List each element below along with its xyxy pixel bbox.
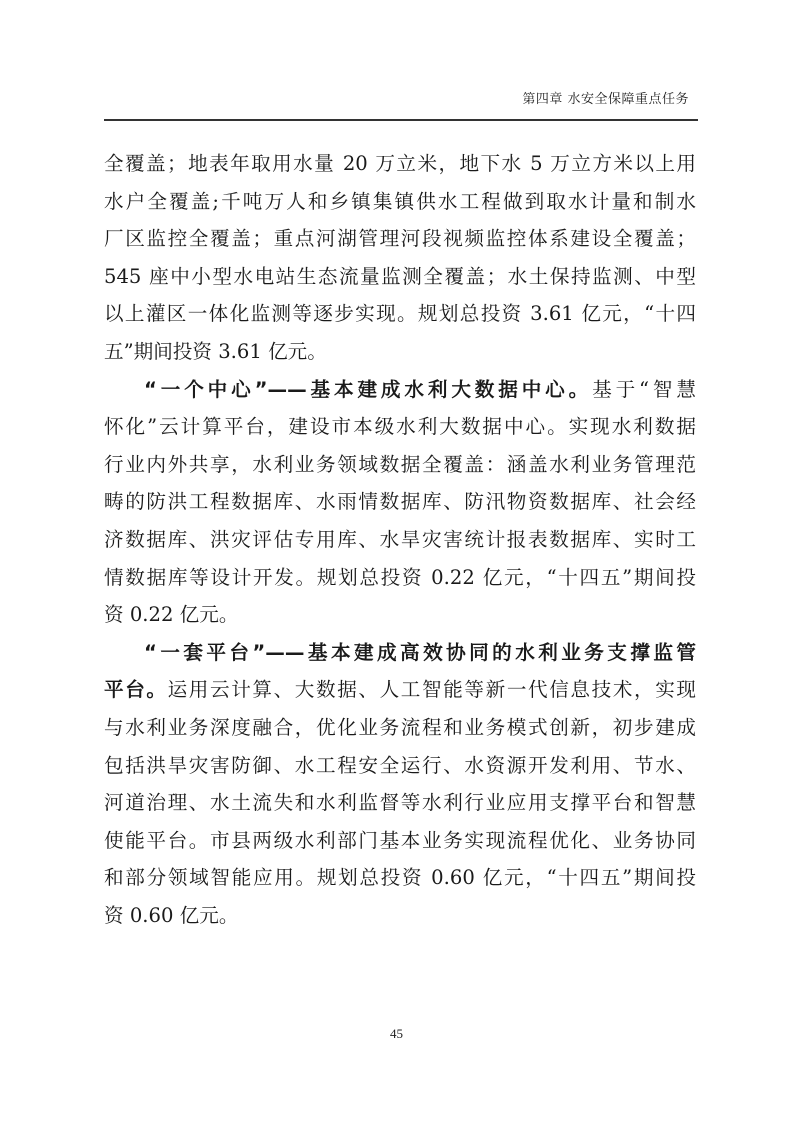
text-line: 情数据库等设计开发。规划总投资 0.22 亿元，“十四五”期间投	[104, 559, 696, 597]
paragraph-monitoring-coverage: 全覆盖；地表年取用水量 20 万立米，地下水 5 万立方米以上用 水户全覆盖;千…	[104, 145, 696, 371]
text-line: 怀化”云计算平台，建设市本级水利大数据中心。实现水利数据	[104, 408, 696, 446]
text-line: “一套平台”——基本建成高效协同的水利业务支撑监管	[104, 634, 696, 672]
text-run: 基于“智慧	[592, 378, 696, 401]
header-divider	[104, 119, 698, 121]
text-line: 与水利业务深度融合，优化业务流程和业务模式创新，初步建成	[104, 709, 696, 747]
text-line: “一个中心”——基本建成水利大数据中心。基于“智慧	[104, 371, 696, 409]
section-heading-platform-cont: 平台。	[104, 678, 168, 701]
paragraph-data-center: “一个中心”——基本建成水利大数据中心。基于“智慧 怀化”云计算平台，建设市本级…	[104, 371, 696, 634]
text-line: 河道治理、水土流失和水利监督等水利行业应用支撑平台和智慧	[104, 784, 696, 822]
text-line: 和部分领域智能应用。规划总投资 0.60 亿元，“十四五”期间投	[104, 859, 696, 897]
text-line: 全覆盖；地表年取用水量 20 万立米，地下水 5 万立方米以上用	[104, 145, 696, 183]
text-line: 水户全覆盖;千吨万人和乡镇集镇供水工程做到取水计量和制水	[104, 183, 696, 221]
section-heading-platform: “一套平台”——基本建成高效协同的水利业务支撑监管	[144, 641, 696, 664]
text-line: 厂区监控全覆盖；重点河湖管理河段视频监控体系建设全覆盖；	[104, 220, 696, 258]
chapter-header: 第四章 水安全保障重点任务	[522, 88, 689, 107]
text-line: 行业内外共享，水利业务领域数据全覆盖：涵盖水利业务管理范	[104, 446, 696, 484]
text-line: 资 0.60 亿元。	[104, 897, 696, 935]
text-line: 畴的防洪工程数据库、水雨情数据库、防汛物资数据库、社会经	[104, 483, 696, 521]
text-run: 运用云计算、大数据、人工智能等新一代信息技术，实现	[168, 678, 696, 701]
page-number: 45	[0, 1026, 793, 1042]
text-line: 包括洪旱灾害防御、水工程安全运行、水资源开发利用、节水、	[104, 747, 696, 785]
text-line: 使能平台。市县两级水利部门基本业务实现流程优化、业务协同	[104, 822, 696, 860]
text-line: 545 座中小型水电站生态流量监测全覆盖；水土保持监测、中型	[104, 258, 696, 296]
text-line: 五”期间投资 3.61 亿元。	[104, 333, 696, 371]
text-line: 以上灌区一体化监测等逐步实现。规划总投资 3.61 亿元，“十四	[104, 295, 696, 333]
text-line: 济数据库、洪灾评估专用库、水旱灾害统计报表数据库、实时工	[104, 521, 696, 559]
paragraph-platform: “一套平台”——基本建成高效协同的水利业务支撑监管 平台。运用云计算、大数据、人…	[104, 634, 696, 935]
section-heading-data-center: “一个中心”——基本建成水利大数据中心。	[144, 378, 592, 401]
text-line: 平台。运用云计算、大数据、人工智能等新一代信息技术，实现	[104, 671, 696, 709]
text-line: 资 0.22 亿元。	[104, 596, 696, 634]
document-body: 全覆盖；地表年取用水量 20 万立米，地下水 5 万立方米以上用 水户全覆盖;千…	[104, 145, 696, 934]
